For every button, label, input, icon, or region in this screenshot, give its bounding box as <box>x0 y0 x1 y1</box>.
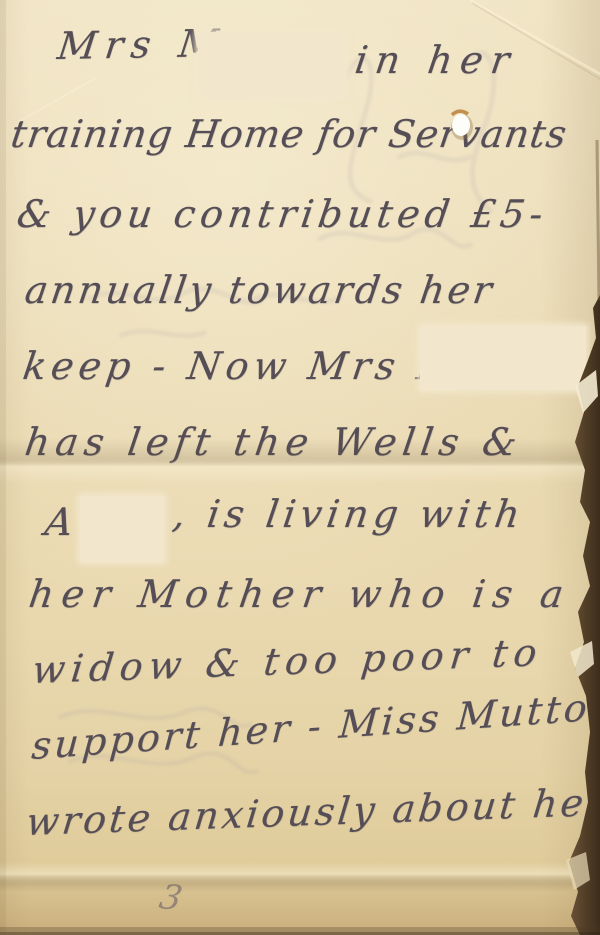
torn-right-edge <box>569 295 600 935</box>
handwritten-line-4: annually towards her <box>22 268 498 314</box>
fold-crease-lower <box>0 862 600 892</box>
torn-flap-highlight-2 <box>570 641 594 677</box>
handwritten-line-10: support her - Miss Muttoc <box>30 684 600 770</box>
left-edge-shading <box>0 0 6 935</box>
handwritten-line-1-b: in her <box>352 38 520 84</box>
handwritten-line-9: widow & too poor to <box>30 630 545 693</box>
redaction-box-1 <box>198 32 346 98</box>
letter-page: Mrs M in her training Home for Servants … <box>0 0 600 935</box>
handwritten-line-5: keep - Now Mrs M <box>20 344 464 390</box>
handwritten-line-11: wrote anxiously about her <box>24 780 600 846</box>
handwritten-line-7-a: A <box>42 500 78 546</box>
redaction-box-2 <box>420 326 586 390</box>
bottom-edge-shadow <box>0 927 600 935</box>
handwritten-line-2: training Home for Servants <box>8 112 570 158</box>
page-mark: 3 <box>156 877 186 919</box>
handwritten-line-6: has left the Wells & <box>22 420 526 466</box>
redaction-box-3 <box>80 496 164 562</box>
handwritten-line-3: & you contributed £5- <box>14 192 551 238</box>
handwritten-line-8: her Mother who is a <box>26 572 574 618</box>
handwritten-line-7-b: , is living with <box>170 492 528 538</box>
